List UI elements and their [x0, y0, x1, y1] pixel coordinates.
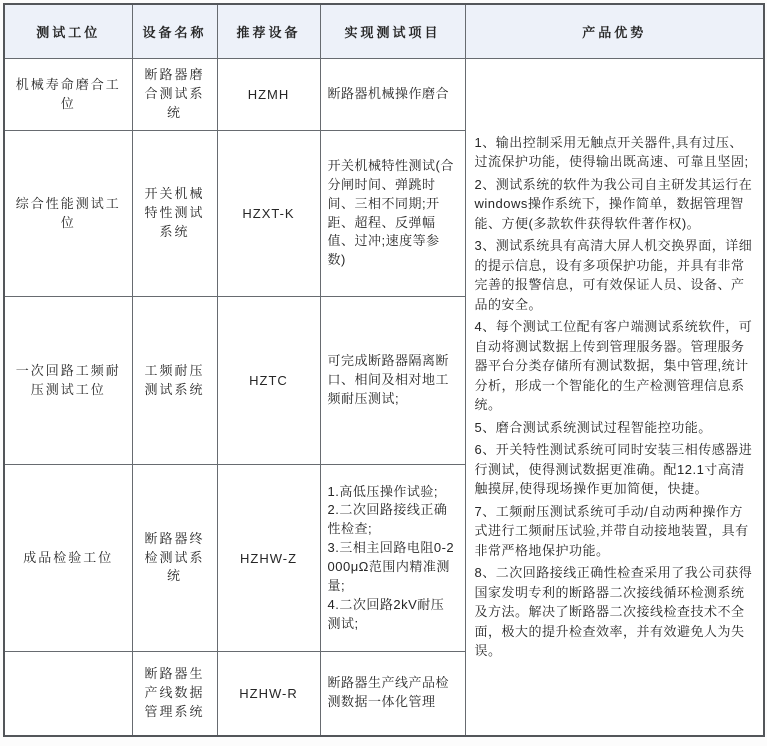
- model-cell: HZHW-Z: [217, 465, 320, 652]
- text-line: 开关机械特性测试(合分闸时间、弹跳时间、三相不同期;开距、超程、反弹幅值、过冲;…: [328, 157, 458, 270]
- text-line: 1、输出控制采用无触点开关器件,具有过压、过流保护功能，使得输出既高速、可靠且坚…: [475, 133, 755, 172]
- text-line: 6、开关特性测试系统可同时安装三相传感器进行测试，使得测试数据更准确。配12.1…: [475, 440, 755, 499]
- device-name-cell: 断路器磨合测试系统: [132, 59, 217, 131]
- table-row: 机械寿命磨合工位 断路器磨合测试系统 HZMH 断路器机械操作磨合 1、输出控制…: [4, 59, 764, 131]
- text-line: 断路器机械操作磨合: [328, 85, 458, 104]
- test-items-cell: 断路器机械操作磨合: [320, 59, 465, 131]
- text-line: 4.二次回路2kV耐压测试;: [328, 596, 458, 634]
- text-line: 2.二次回路接线正确性检查;: [328, 501, 458, 539]
- text-line: 8、二次回路接线正确性检查采用了我公司获得国家发明专利的断路器二次接线循环检测系…: [475, 563, 755, 661]
- text-line: 4、每个测试工位配有客户端测试系统软件，可自动将测试数据上传到管理服务器。管理服…: [475, 317, 755, 415]
- text-line: 5、磨合测试系统测试过程智能控功能。: [475, 418, 755, 438]
- model-cell: HZHW-R: [217, 652, 320, 736]
- station-cell: [4, 652, 132, 736]
- test-items-cell: 断路器生产线产品检测数据一体化管理: [320, 652, 465, 736]
- advantages-cell: 1、输出控制采用无触点开关器件,具有过压、过流保护功能，使得输出既高速、可靠且坚…: [465, 59, 764, 736]
- col-header-test-items: 实现测试项目: [320, 4, 465, 59]
- station-cell: 机械寿命磨合工位: [4, 59, 132, 131]
- page: 测试工位 设备名称 推荐设备 实现测试项目 产品优势 机械寿命磨合工位 断路器磨…: [0, 0, 767, 746]
- col-header-test-station: 测试工位: [4, 4, 132, 59]
- text-line: 断路器生产线产品检测数据一体化管理: [328, 674, 458, 712]
- device-name-cell: 工频耐压测试系统: [132, 297, 217, 465]
- station-cell: 一次回路工频耐压测试工位: [4, 297, 132, 465]
- text-line: 7、工频耐压测试系统可手动/自动两种操作方式进行工频耐压试验,并带自动接地装置，…: [475, 502, 755, 561]
- station-cell: 成品检验工位: [4, 465, 132, 652]
- station-cell: 综合性能测试工位: [4, 131, 132, 297]
- equipment-spec-table: 测试工位 设备名称 推荐设备 实现测试项目 产品优势 机械寿命磨合工位 断路器磨…: [3, 3, 765, 737]
- text-line: 2、测试系统的软件为我公司自主研发其运行在windows操作系统下，操作简单，数…: [475, 175, 755, 234]
- col-header-device-name: 设备名称: [132, 4, 217, 59]
- table-header-row: 测试工位 设备名称 推荐设备 实现测试项目 产品优势: [4, 4, 764, 59]
- col-header-product-advantages: 产品优势: [465, 4, 764, 59]
- device-name-cell: 断路器终检测试系统: [132, 465, 217, 652]
- device-name-cell: 断路器生产线数据管理系统: [132, 652, 217, 736]
- model-cell: HZTC: [217, 297, 320, 465]
- model-cell: HZXT-K: [217, 131, 320, 297]
- text-line: 3.三相主回路电阻0-2000μΩ范围内精准测量;: [328, 539, 458, 596]
- text-line: 1.高低压操作试验;: [328, 483, 458, 502]
- col-header-recommended-device: 推荐设备: [217, 4, 320, 59]
- text-line: 可完成断路器隔离断口、相间及相对地工频耐压测试;: [328, 352, 458, 409]
- text-line: 3、测试系统具有高清大屏人机交换界面，详细的提示信息，设有多项保护功能，并具有非…: [475, 236, 755, 314]
- model-cell: HZMH: [217, 59, 320, 131]
- test-items-cell: 1.高低压操作试验;2.二次回路接线正确性检查;3.三相主回路电阻0-2000μ…: [320, 465, 465, 652]
- test-items-cell: 开关机械特性测试(合分闸时间、弹跳时间、三相不同期;开距、超程、反弹幅值、过冲;…: [320, 131, 465, 297]
- device-name-cell: 开关机械特性测试系统: [132, 131, 217, 297]
- test-items-cell: 可完成断路器隔离断口、相间及相对地工频耐压测试;: [320, 297, 465, 465]
